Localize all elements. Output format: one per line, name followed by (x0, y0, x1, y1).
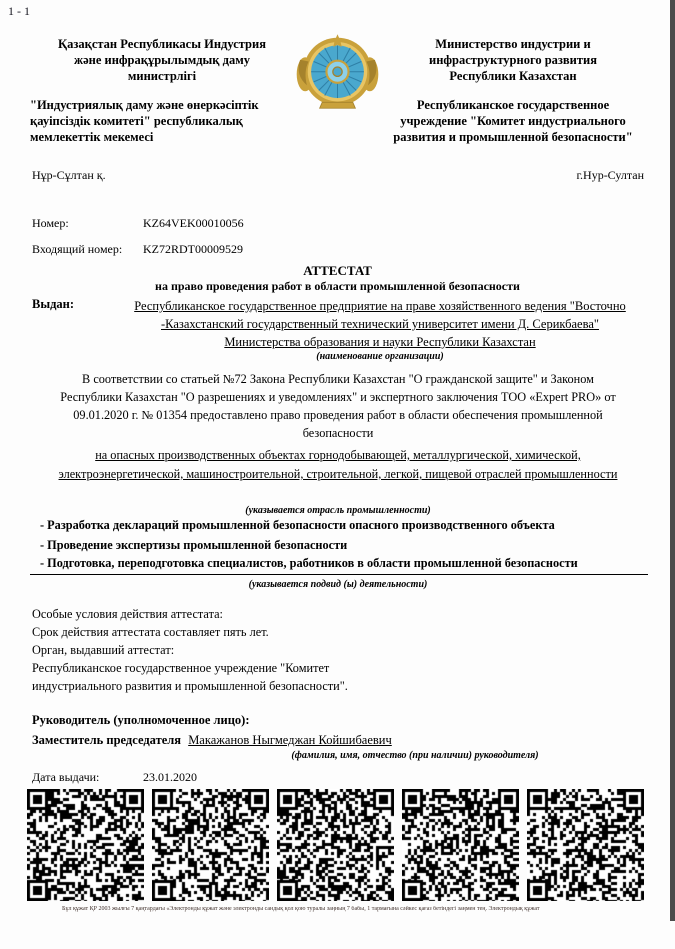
industries-caption: (указывается отрасль промышленности) (28, 505, 648, 516)
city-ru: г.Нур-Султан (576, 168, 644, 183)
header-line: "Индустриялық даму және өнеркәсіптік (30, 97, 294, 113)
header-line: министрлігі (30, 68, 294, 84)
document-subtitle: на право проведения работ в области пром… (0, 279, 675, 294)
document-title: АТТЕСТАТ (0, 263, 675, 279)
condition-line: Срок действия аттестата составляет пять … (32, 623, 348, 641)
organization-line: Республиканское государственное предприя… (105, 297, 655, 315)
number-row: Номер: KZ64VEK00010056 (32, 216, 244, 231)
activity-item: - Разработка деклараций промышленной без… (40, 518, 555, 533)
industries-line: электроэнергетической, машиностроительно… (28, 465, 648, 484)
activities-caption: (указывается подвид (ы) деятельности) (28, 579, 648, 590)
signatory-header: Руководитель (уполномоченное лицо): (32, 713, 250, 728)
incoming-number-row: Входящий номер: KZ72RDT00009529 (32, 242, 243, 257)
qr-code (402, 789, 519, 901)
incoming-number-label: Входящий номер: (32, 242, 140, 257)
qr-code-row (27, 789, 651, 901)
signatory-caption: (фамилия, имя, отчество (при наличии) ру… (180, 750, 650, 761)
condition-line: Орган, выдавший аттестат: (32, 641, 348, 659)
condition-line: индустриального развития и промышленной … (32, 677, 348, 695)
organization-name: Республиканское государственное предприя… (105, 297, 655, 351)
header-line: развития и промышленной безопасности" (382, 129, 644, 145)
issue-date-value: 23.01.2020 (143, 770, 197, 784)
number-value: KZ64VEK00010056 (143, 216, 244, 230)
header-left-block: Қазақстан Республикасы Индустрия және ин… (30, 36, 294, 145)
header-line: Қазақстан Республикасы Индустрия (30, 36, 294, 52)
page-edge-strip (670, 0, 675, 921)
header-line: Республики Казахстан (382, 68, 644, 84)
header-right-block: Министерство индустрии и инфраструктурно… (382, 36, 644, 145)
ministry-title-ru: Министерство индустрии и инфраструктурно… (382, 36, 644, 84)
condition-line: Республиканское государственное учрежден… (32, 659, 348, 677)
committee-title-kz: "Индустриялық даму және өнеркәсіптік қау… (30, 97, 294, 145)
issue-date-row: Дата выдачи: 23.01.2020 (32, 770, 197, 785)
signatory-name: Макажанов Ныгмеджан Койшибаевич (188, 733, 392, 747)
paragraph-line: В соответствии со статьей №72 Закона Рес… (28, 370, 648, 388)
kazakhstan-emblem-icon (295, 26, 380, 114)
conditions-block: Особые условия действия аттестата: Срок … (32, 605, 348, 695)
header-line: инфраструктурного развития (382, 52, 644, 68)
committee-title-ru: Республиканское государственное учрежден… (382, 97, 644, 145)
legal-footnote: Бұл құжат ҚР 2003 жылғы 7 қаңтардағы «Эл… (62, 906, 670, 913)
horizontal-rule (30, 574, 648, 575)
qr-code (277, 789, 394, 901)
organization-caption: (наименование организации) (105, 351, 655, 362)
industries-text: на опасных производственных объектах гор… (28, 446, 648, 484)
number-label: Номер: (32, 216, 140, 231)
incoming-number-value: KZ72RDT00009529 (143, 242, 243, 256)
qr-code (27, 789, 144, 901)
paragraph-line: безопасности (28, 424, 648, 442)
paragraph-line: 09.01.2020 г. № 01354 предоставлено прав… (28, 406, 648, 424)
industries-line: на опасных производственных объектах гор… (28, 446, 648, 465)
header-line: және инфрақұрылымдық даму (30, 52, 294, 68)
issued-label: Выдан: (32, 297, 74, 312)
certificate-page: 1 - 1 Қазақстан Республикасы Индустрия ж… (0, 0, 675, 949)
qr-code (152, 789, 269, 901)
qr-code (527, 789, 644, 901)
ministry-title-kz: Қазақстан Республикасы Индустрия және ин… (30, 36, 294, 84)
condition-line: Особые условия действия аттестата: (32, 605, 348, 623)
legal-paragraph: В соответствии со статьей №72 Закона Рес… (28, 370, 648, 442)
paragraph-line: Республики Казахстан "О разрешениях и ув… (28, 388, 648, 406)
city-row: Нұр-Сұлтан қ. г.Нур-Султан (32, 168, 644, 183)
header-line: Министерство индустрии и (382, 36, 644, 52)
header-line: Республиканское государственное (382, 97, 644, 113)
header-line: мемлекеттік мекемесі (30, 129, 294, 145)
page-marker: 1 - 1 (8, 4, 30, 19)
city-kz: Нұр-Сұлтан қ. (32, 168, 106, 183)
organization-line: Министерства образования и науки Республ… (105, 333, 655, 351)
organization-line: -Казахстанский государственный техническ… (105, 315, 655, 333)
activity-item: - Подготовка, переподготовка специалисто… (40, 556, 578, 571)
header-line: қауіпсіздік комитеті" республикалық (30, 113, 294, 129)
signatory-position: Заместитель председателя (32, 733, 181, 747)
issue-date-label: Дата выдачи: (32, 770, 140, 785)
signatory-row: Заместитель председателя Макажанов Ныгме… (32, 733, 392, 748)
header-line: учреждение "Комитет индустриального (382, 113, 644, 129)
activity-item: - Проведение экспертизы промышленной без… (40, 538, 347, 553)
